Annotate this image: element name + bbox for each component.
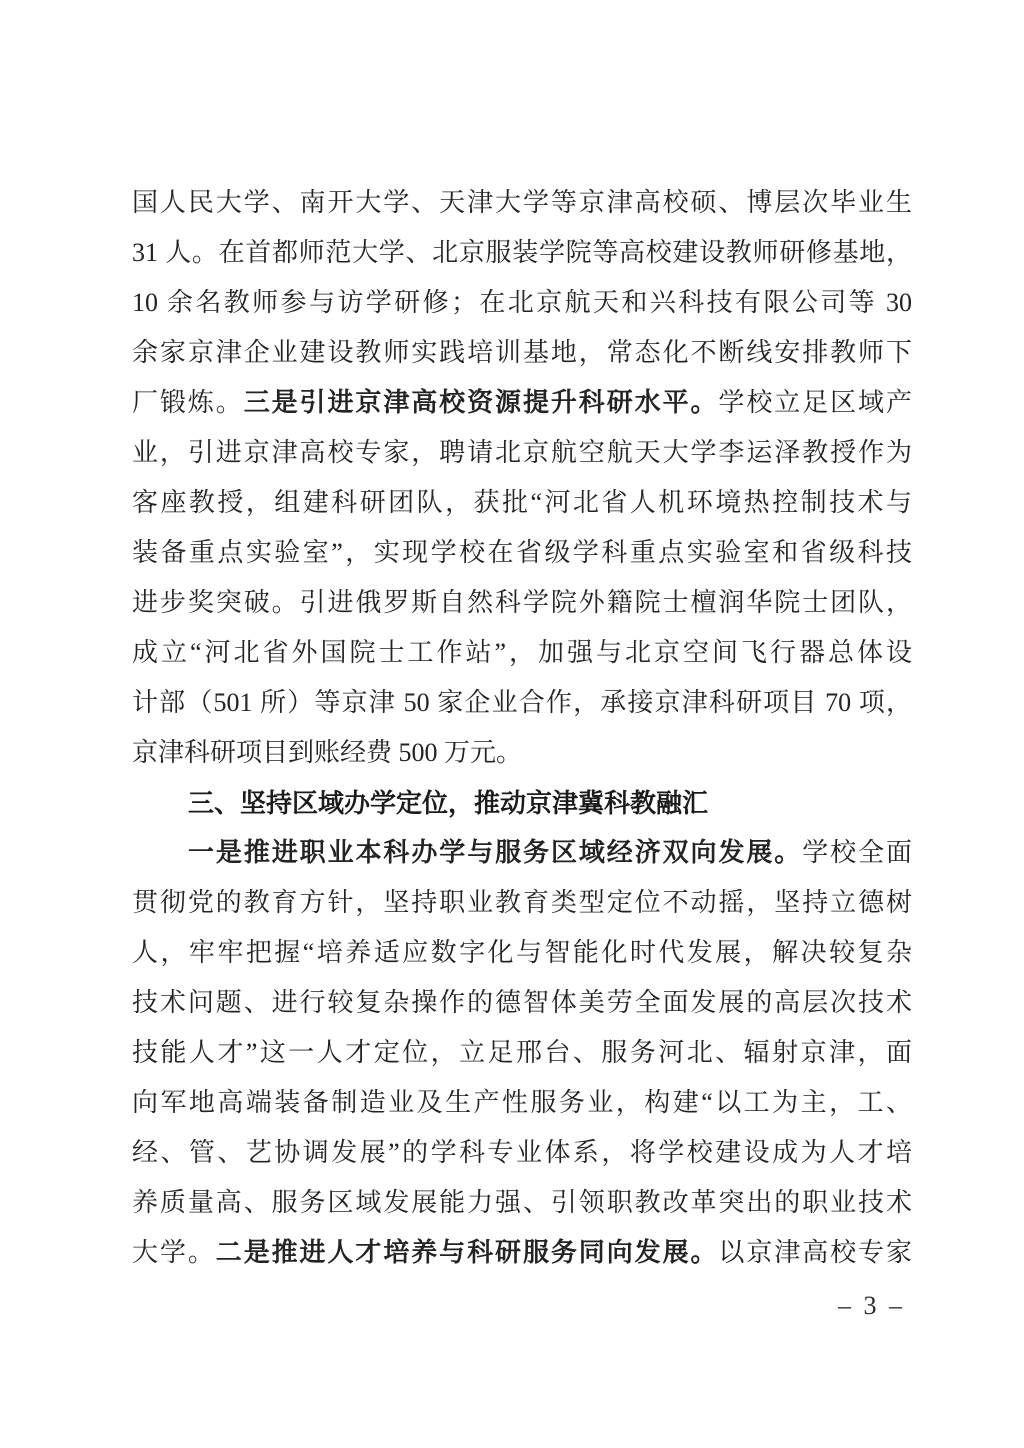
text-line: 人，牢牢把握“培养适应数字化与智能化时代发展，解决较复杂 [132,928,912,978]
text-line: 10 余名教师参与访学研修；在北京航天和兴科技有限公司等 30 [132,278,912,328]
document-page: 国人民大学、南开大学、天津大学等京津高校硕、博层次毕业生31 人。在首都师范大学… [0,0,1024,1448]
body-text: 大学。 [132,1238,216,1267]
text-line: 国人民大学、南开大学、天津大学等京津高校硕、博层次毕业生 [132,178,912,228]
body-text: 厂锻炼。 [132,388,244,417]
body-text: 经、管、艺协调发展”的学科专业体系，将学校建设成为人才培 [132,1138,912,1167]
text-line: 进步奖突破。引进俄罗斯自然科学院外籍院士檀润华院士团队， [132,578,912,628]
body-text: 装备重点实验室”，实现学校在省级学科重点实验室和省级科技 [132,538,912,567]
body-text: 10 余名教师参与访学研修；在北京航天和兴科技有限公司等 30 [132,288,912,317]
body-text: 计部（501 所）等京津 50 家企业合作，承接京津科研项目 70 项， [132,688,912,717]
body-text: 客座教授，组建科研团队，获批“河北省人机环境热控制技术与 [132,488,912,517]
body-text: 余家京津企业建设教师实践培训基地，常态化不断线安排教师下 [132,338,912,367]
body-text: 人，牢牢把握“培养适应数字化与智能化时代发展，解决较复杂 [132,938,912,967]
body-text: 进步奖突破。引进俄罗斯自然科学院外籍院士檀润华院士团队， [132,588,912,617]
body-text: 业，引进京津高校专家，聘请北京航空航天大学李运泽教授作为 [132,438,912,467]
text-line: 客座教授，组建科研团队，获批“河北省人机环境热控制技术与 [132,478,912,528]
text-line: 养质量高、服务区域发展能力强、引领职教改革突出的职业技术 [132,1178,912,1228]
text-line: 一是推进职业本科办学与服务区域经济双向发展。学校全面 [132,828,912,878]
body-text: 国人民大学、南开大学、天津大学等京津高校硕、博层次毕业生 [132,188,912,217]
text-line: 京津科研项目到账经费 500 万元。 [132,728,912,778]
emphasis-text: 二是推进人才培养与科研服务同向发展。 [216,1238,719,1267]
body-text: 养质量高、服务区域发展能力强、引领职教改革突出的职业技术 [132,1188,912,1217]
text-line: 业，引进京津高校专家，聘请北京航空航天大学李运泽教授作为 [132,428,912,478]
text-line: 余家京津企业建设教师实践培训基地，常态化不断线安排教师下 [132,328,912,378]
emphasis-text: 三是引进京津高校资源提升科研水平。 [244,388,719,417]
emphasis-text: 三、坚持区域办学定位，推动京津冀科教融汇 [188,788,708,818]
emphasis-text: 一是推进职业本科办学与服务区域经济双向发展。 [188,838,802,867]
text-line: 经、管、艺协调发展”的学科专业体系，将学校建设成为人才培 [132,1128,912,1178]
body-text: 技术问题、进行较复杂操作的德智体美劳全面发展的高层次技术 [132,988,912,1017]
text-line: 技术问题、进行较复杂操作的德智体美劳全面发展的高层次技术 [132,978,912,1028]
text-line: 向军地高端装备制造业及生产性服务业，构建“以工为主，工、 [132,1078,912,1128]
body-text: 学校立足区域产 [718,388,912,417]
text-line: 大学。二是推进人才培养与科研服务同向发展。以京津高校专家 [132,1228,912,1278]
text-line: 31 人。在首都师范大学、北京服装学院等高校建设教师研修基地， [132,228,912,278]
text-line: 贯彻党的教育方针，坚持职业教育类型定位不动摇，坚持立德树 [132,878,912,928]
text-line: 技能人才”这一人才定位，立足邢台、服务河北、辐射京津，面 [132,1028,912,1078]
document-body: 国人民大学、南开大学、天津大学等京津高校硕、博层次毕业生31 人。在首都师范大学… [132,178,912,1278]
text-line: 厂锻炼。三是引进京津高校资源提升科研水平。学校立足区域产 [132,378,912,428]
body-text: 京津科研项目到账经费 500 万元。 [132,738,522,767]
body-text: 学校全面 [802,838,912,867]
page-number: – 3 – [838,1288,905,1324]
body-text: 贯彻党的教育方针，坚持职业教育类型定位不动摇，坚持立德树 [132,888,912,917]
section-heading: 三、坚持区域办学定位，推动京津冀科教融汇 [132,778,912,828]
body-text: 向军地高端装备制造业及生产性服务业，构建“以工为主，工、 [132,1088,912,1117]
body-text: 以京津高校专家 [718,1238,912,1267]
text-line: 计部（501 所）等京津 50 家企业合作，承接京津科研项目 70 项， [132,678,912,728]
text-line: 装备重点实验室”，实现学校在省级学科重点实验室和省级科技 [132,528,912,578]
text-line: 成立“河北省外国院士工作站”，加强与北京空间飞行器总体设 [132,628,912,678]
body-text: 成立“河北省外国院士工作站”，加强与北京空间飞行器总体设 [132,638,912,667]
body-text: 技能人才”这一人才定位，立足邢台、服务河北、辐射京津，面 [132,1038,912,1067]
body-text: 31 人。在首都师范大学、北京服装学院等高校建设教师研修基地， [132,238,912,267]
